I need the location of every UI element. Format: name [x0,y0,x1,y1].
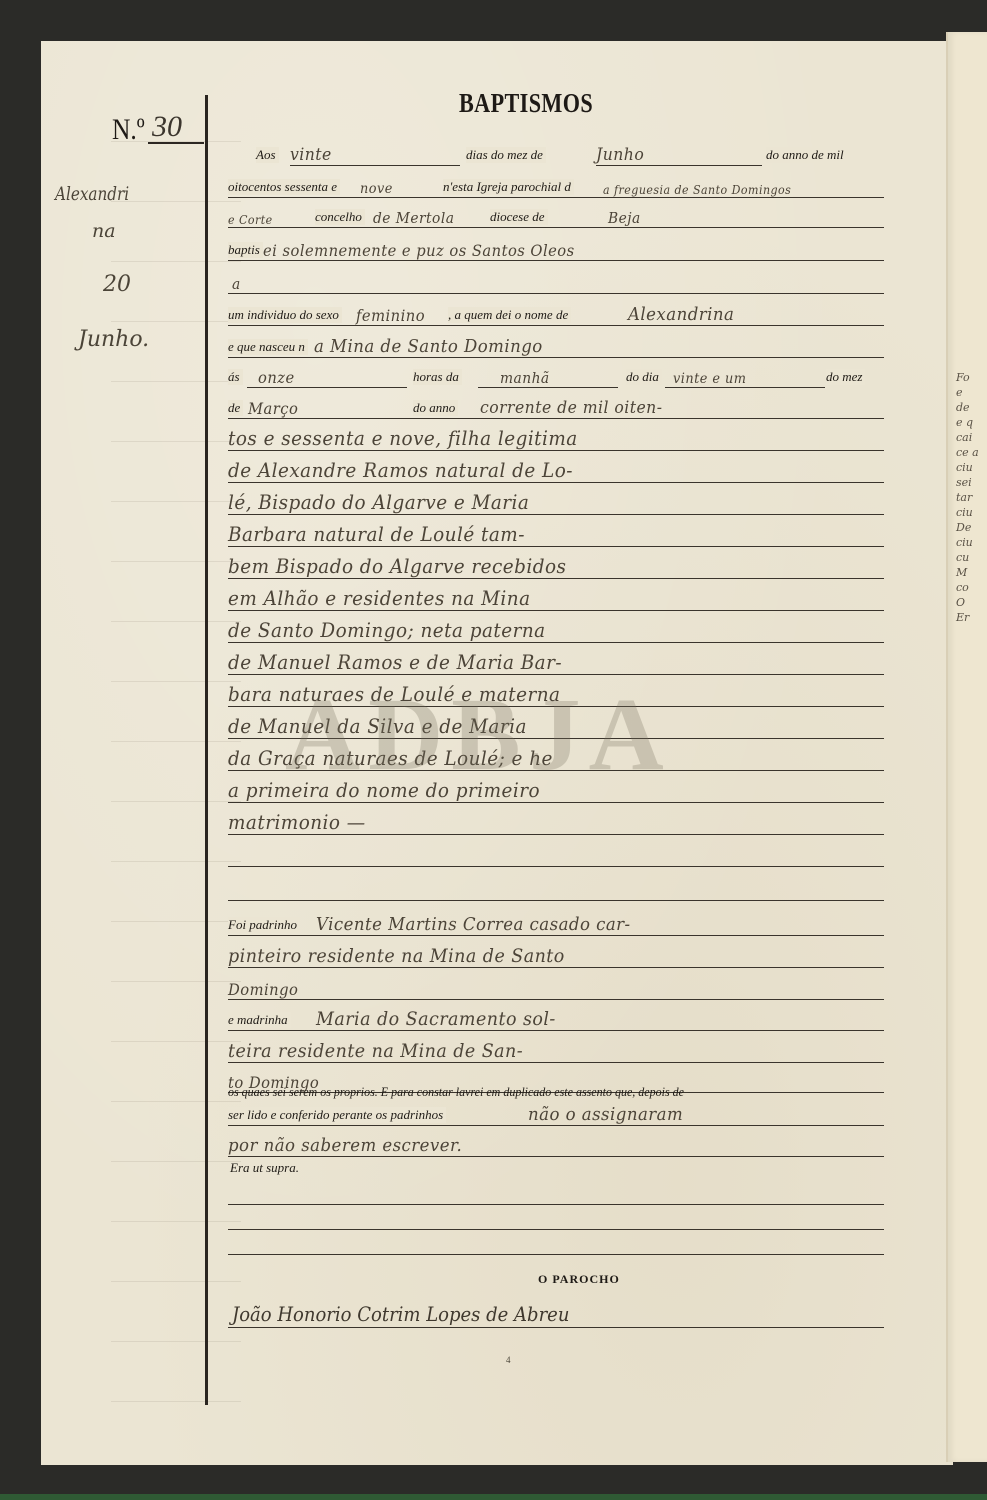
margin-name-1: Alexandri [55,183,129,205]
priest-signature: João Honorio Cotrim Lopes de Abreu [232,1302,569,1326]
margin-rule [205,95,208,1405]
scan-border [0,1494,987,1500]
free-line-1: tos e sessenta e nove, filha legitima [228,428,884,451]
closing-text-1: os quaes sei serem os proprios. E para c… [228,1085,684,1100]
free-line-3: lé, Bispado do Algarve e Maria [228,492,884,515]
godfather-line-2: pinteiro residente na Mina de Santo [228,945,884,968]
page-title: BAPTISMOS [459,88,593,119]
godfather-line-1: Foi padrinho Vicente Martins Correa casa… [228,913,884,936]
entry-line-2: oitocentos sessenta e nove n'esta Igreja… [228,175,884,198]
closing-line-2: ser lido e conferido perante os padrinho… [228,1103,884,1126]
month-value: Junho [596,145,644,165]
hour-value: onze [258,368,295,387]
year-value: nove [360,181,393,197]
day-value: vinte [290,145,332,165]
entry-line-9: de Março do anno corrente de mil oiten- [228,396,884,419]
signatories-value: não o assignaram [528,1104,683,1125]
blank-line-4 [228,1207,884,1230]
left-margin-ruling [91,101,241,1481]
godfather-value: Vicente Martins Correa casado car- [316,914,631,935]
entry-line-5: a [228,271,884,294]
godmother-value: Maria do Sacramento sol- [316,1008,556,1030]
signature-line [228,1327,884,1328]
entry-line-3: e Corte concelho de Mertola diocese de B… [228,205,884,228]
blank-line-3 [228,1182,884,1205]
godfather-line-3: Domingo [228,977,884,1000]
entry-line-6: um individuo do sexo feminino , a quem d… [228,303,884,326]
adjacent-page [946,32,987,1462]
free-line-9: bara naturaes de Loulé e materna [228,684,884,707]
margin-month: Junho. [78,327,149,352]
free-line-13: matrimonio — [228,812,884,835]
free-line-5: bem Bispado do Algarve recebidos [228,556,884,579]
free-line-2: de Alexandre Ramos natural de Lo- [228,460,884,483]
period-value: manhã [500,369,550,387]
record-number: 30 [148,112,204,144]
free-line-12: a primeira do nome do primeiro [228,780,884,803]
parish-priest-label: O PAROCHO [538,1272,620,1287]
godmother-line-2: teira residente na Mina de San- [228,1040,884,1063]
godmother-line-1: e madrinha Maria do Sacramento sol- [228,1008,884,1031]
sex-value: feminino [356,306,425,325]
entry-line-1: Aos vinte dias do mez de Junho do anno d… [228,143,884,165]
free-line-8: de Manuel Ramos e de Maria Bar- [228,652,884,675]
free-line-11: da Graça naturaes de Loulé; e he [228,748,884,771]
baptized-name-value: Alexandrina [628,304,734,325]
blank-line-1 [228,844,884,867]
entry-line-4: baptis ei solemnemente e puz os Santos O… [228,238,884,261]
free-line-6: em Alhão e residentes na Mina [228,588,884,611]
birth-month-value: Março [248,399,298,418]
blank-line-2 [228,878,884,901]
era-ut-supra: Era ut supra. [230,1160,299,1176]
entry-line-7: e que nasceu n a Mina de Santo Domingo [228,335,884,358]
free-line-10: de Manuel da Silva e de Maria [228,716,884,739]
page-mark: 4 [506,1355,511,1365]
free-line-7: de Santo Domingo; neta paterna [228,620,884,643]
municipality-value: de Mertola [373,209,454,227]
closing-line-3: por não saberem escrever. [228,1134,884,1157]
diocese-value: Beja [608,209,641,227]
record-number-label: N.º [112,113,145,147]
parish-value: a freguesia de Santo Domingos [603,183,791,197]
free-line-4: Barbara natural de Loulé tam- [228,524,884,547]
birthplace-value: a Mina de Santo Domingo [314,336,543,357]
entry-line-8: ás onze horas da manhã do dia vinte e um… [228,365,884,387]
margin-day: 20 [103,272,131,297]
birth-day-value: vinte e um [673,371,746,387]
blank-line-5 [228,1232,884,1255]
adjacent-page-notes: Fo e de e q cai ce a ciu sei tar ciu De … [956,370,986,625]
margin-name-2: na [92,220,116,242]
